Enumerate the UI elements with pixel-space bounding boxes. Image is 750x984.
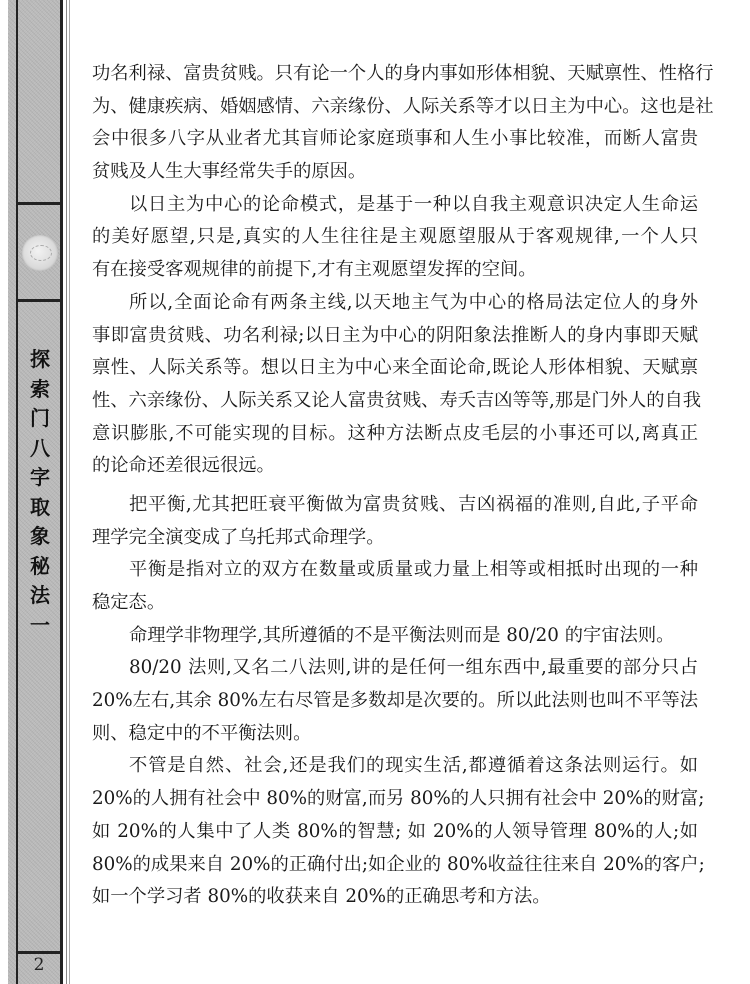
text-line: 意识膨胀,不可能实现的目标。这种方法断点皮毛层的小事还可以,离真正 — [92, 418, 698, 451]
text-line: 事即富贵贫贱、功名利禄;以日主为中心的阴阳象法推断人的身内事即天赋 — [92, 320, 698, 353]
text-line: 以日主为中心的论命模式，是基于一种以自我主观意识决定人生命运 — [92, 189, 698, 222]
text-line: 把平衡,尤其把旺衰平衡做为富贵贫贱、吉凶祸福的准则,自此,子平命 — [92, 489, 698, 522]
text-line: 20%左右,其余 80%左右尽管是多数却是次要的。所以此法则也叫不平等法 — [92, 685, 698, 718]
paragraph: 把平衡,尤其把旺衰平衡做为富贵贫贱、吉凶祸福的准则,自此,子平命 理学完全演变成… — [92, 489, 698, 554]
page-body: 功名利禄、富贵贫贱。只有论一个人的身内事如形体相貌、天赋禀性、性格行 为、健康疾… — [92, 58, 698, 914]
text-line: 的美好愿望,只是,真实的人生往往是主观愿望服从于客观规律,一个人只 — [92, 221, 698, 254]
text-line: 不管是自然、社会,还是我们的现实生活,都遵循着这条法则运行。如 — [92, 750, 698, 783]
text-line: 贫贱及人生大事经常失手的原因。 — [92, 156, 698, 189]
sidebar-border-right — [60, 0, 63, 984]
round-emblem-icon — [22, 235, 58, 271]
text-line: 为、健康疾病、婚姻感情、六亲缘份、人际关系等才以日主为中心。这也是社 — [92, 91, 698, 124]
sidebar-divider — [16, 951, 62, 954]
title-char: 探 — [30, 345, 50, 375]
sidebar-divider — [16, 202, 62, 205]
text-line: 禀性、人际关系等。想以日主为中心来全面论命,既论人形体相貌、天赋禀 — [92, 352, 698, 385]
title-char: 八 — [30, 434, 50, 464]
title-char: 取 — [30, 493, 50, 523]
text-line: 平衡是指对立的双方在数量或质量或力量上相等或相抵时出现的一种 — [92, 554, 698, 587]
title-char: 一 — [30, 611, 50, 641]
title-char: 索 — [30, 375, 50, 405]
text-line: 则、稳定中的不平衡法则。 — [92, 718, 698, 751]
text-line: 稳定态。 — [92, 587, 698, 620]
text-line: 如一个学习者 80%的收获来自 20%的正确思考和方法。 — [92, 881, 698, 914]
title-char: 字 — [30, 463, 50, 493]
text-line: 的论命还差很远很远。 — [92, 450, 698, 483]
sidebar-border-left — [16, 0, 18, 984]
paragraph: 命理学非物理学,其所遵循的不是平衡法则而是 80/20 的宇宙法则。 — [92, 620, 698, 653]
title-char: 秘 — [30, 552, 50, 582]
text-line: 理学完全演变成了乌托邦式命理学。 — [92, 522, 698, 555]
page-edge-line — [69, 0, 70, 984]
page-number: 2 — [16, 955, 62, 975]
paragraph: 功名利禄、富贵贫贱。只有论一个人的身内事如形体相貌、天赋禀性、性格行 为、健康疾… — [92, 58, 698, 189]
title-char: 象 — [30, 522, 50, 552]
page-edge-line — [66, 0, 67, 984]
text-line: 命理学非物理学,其所遵循的不是平衡法则而是 80/20 的宇宙法则。 — [92, 620, 698, 653]
text-line: 如 20%的人集中了人类 80%的智慧; 如 20%的人领导管理 80%的人;如 — [92, 816, 698, 849]
text-line: 所以,全面论命有两条主线,以天地主气为中心的格局法定位人的身外 — [92, 287, 698, 320]
sidebar-book-title: 探 索 门 八 字 取 象 秘 法 一 — [22, 345, 58, 640]
text-line: 20%的人拥有社会中 80%的财富,而另 80%的人只拥有社会中 20%的财富; — [92, 783, 698, 816]
title-char: 门 — [30, 404, 50, 434]
text-line: 功名利禄、富贵贫贱。只有论一个人的身内事如形体相貌、天赋禀性、性格行 — [92, 58, 698, 91]
text-line: 有在接受客观规律的前提下,才有主观愿望发挥的空间。 — [92, 254, 698, 287]
title-char: 法 — [30, 581, 50, 611]
paragraph: 平衡是指对立的双方在数量或质量或力量上相等或相抵时出现的一种 稳定态。 — [92, 554, 698, 619]
paragraph: 80/20 法则,又名二八法则,讲的是任何一组东西中,最重要的部分只占 20%左… — [92, 652, 698, 750]
paragraph: 以日主为中心的论命模式，是基于一种以自我主观意识决定人生命运 的美好愿望,只是,… — [92, 189, 698, 287]
text-line: 80%的成果来自 20%的正确付出;如企业的 80%收益往往来自 20%的客户; — [92, 849, 698, 882]
paragraph: 不管是自然、社会,还是我们的现实生活,都遵循着这条法则运行。如 20%的人拥有社… — [92, 750, 698, 913]
text-line: 80/20 法则,又名二八法则,讲的是任何一组东西中,最重要的部分只占 — [92, 652, 698, 685]
sidebar-divider — [16, 299, 62, 302]
paragraph: 所以,全面论命有两条主线,以天地主气为中心的格局法定位人的身外 事即富贵贫贱、功… — [92, 287, 698, 483]
text-line: 会中很多八字从业者尤其盲师论家庭琐事和人生小事比较准，而断人富贵 — [92, 123, 698, 156]
text-line: 性、六亲缘份、人际关系又论人富贵贫贱、寿夭吉凶等等,那是门外人的自我 — [92, 385, 698, 418]
